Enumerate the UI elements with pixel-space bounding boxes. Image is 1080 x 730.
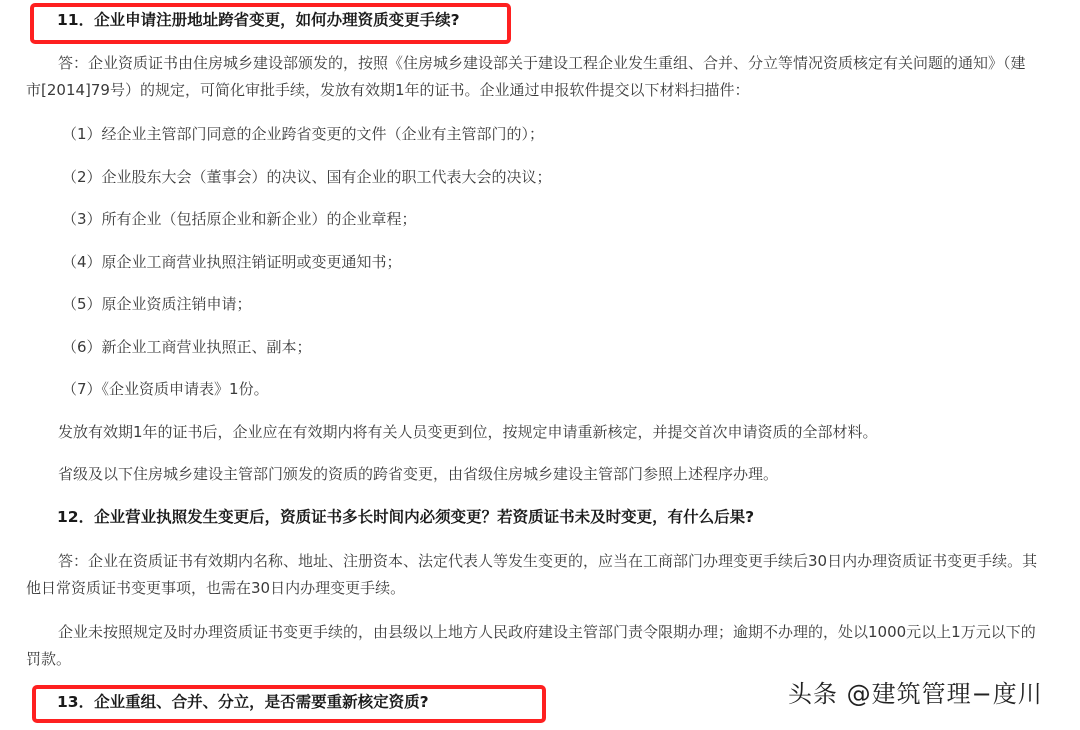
q11-answer-line-2: 市[2014]79号）的规定，可简化审批手续，发放有效期1年的证书。企业通过申报… bbox=[26, 80, 750, 100]
q12-penalty-line-2: 罚款。 bbox=[26, 649, 71, 669]
question-13-title: 13．企业重组、合并、分立，是否需要重新核定资质? bbox=[57, 692, 429, 712]
q11-list-item-2: （2）企业股东大会（董事会）的决议、国有企业的职工代表大会的决议； bbox=[62, 167, 552, 187]
q12-penalty-line-1: 企业未按照规定及时办理资质证书变更手续的，由县级以上地方人民政府建设主管部门责令… bbox=[58, 622, 1036, 642]
question-12-title: 12．企业营业执照发生变更后，资质证书多长时间内必须变更？若资质证书未及时变更，… bbox=[57, 507, 754, 527]
q11-note-2: 省级及以下住房城乡建设主管部门颁发的资质的跨省变更，由省级住房城乡建设主管部门参… bbox=[58, 464, 778, 484]
q11-list-item-4: （4）原企业工商营业执照注销证明或变更通知书； bbox=[62, 252, 402, 272]
q11-list-item-7: （7）《企业资质申请表》1份。 bbox=[62, 379, 269, 399]
q11-list-item-5: （5）原企业资质注销申请； bbox=[62, 294, 252, 314]
question-11-title: 11．企业申请注册地址跨省变更，如何办理资质变更手续? bbox=[57, 10, 460, 30]
q11-note-1: 发放有效期1年的证书后，企业应在有效期内将有关人员变更到位，按规定申请重新核定，… bbox=[58, 422, 878, 442]
q11-list-item-1: （1）经企业主管部门同意的企业跨省变更的文件（企业有主管部门的）； bbox=[62, 124, 544, 144]
q12-answer-line-2: 他日常资质证书变更事项，也需在30日内办理变更手续。 bbox=[26, 578, 405, 598]
q11-answer-line-1: 答：企业资质证书由住房城乡建设部颁发的，按照《住房城乡建设部关于建设工程企业发生… bbox=[58, 53, 1026, 73]
q12-answer-line-1: 答：企业在资质证书有效期内名称、地址、注册资本、法定代表人等发生变更的，应当在工… bbox=[58, 551, 1037, 571]
watermark-text: 头条 @建筑管理−度川 bbox=[788, 679, 1043, 709]
q11-list-item-6: （6）新企业工商营业执照正、副本； bbox=[62, 337, 312, 357]
q11-list-item-3: （3）所有企业（包括原企业和新企业）的企业章程； bbox=[62, 209, 417, 229]
